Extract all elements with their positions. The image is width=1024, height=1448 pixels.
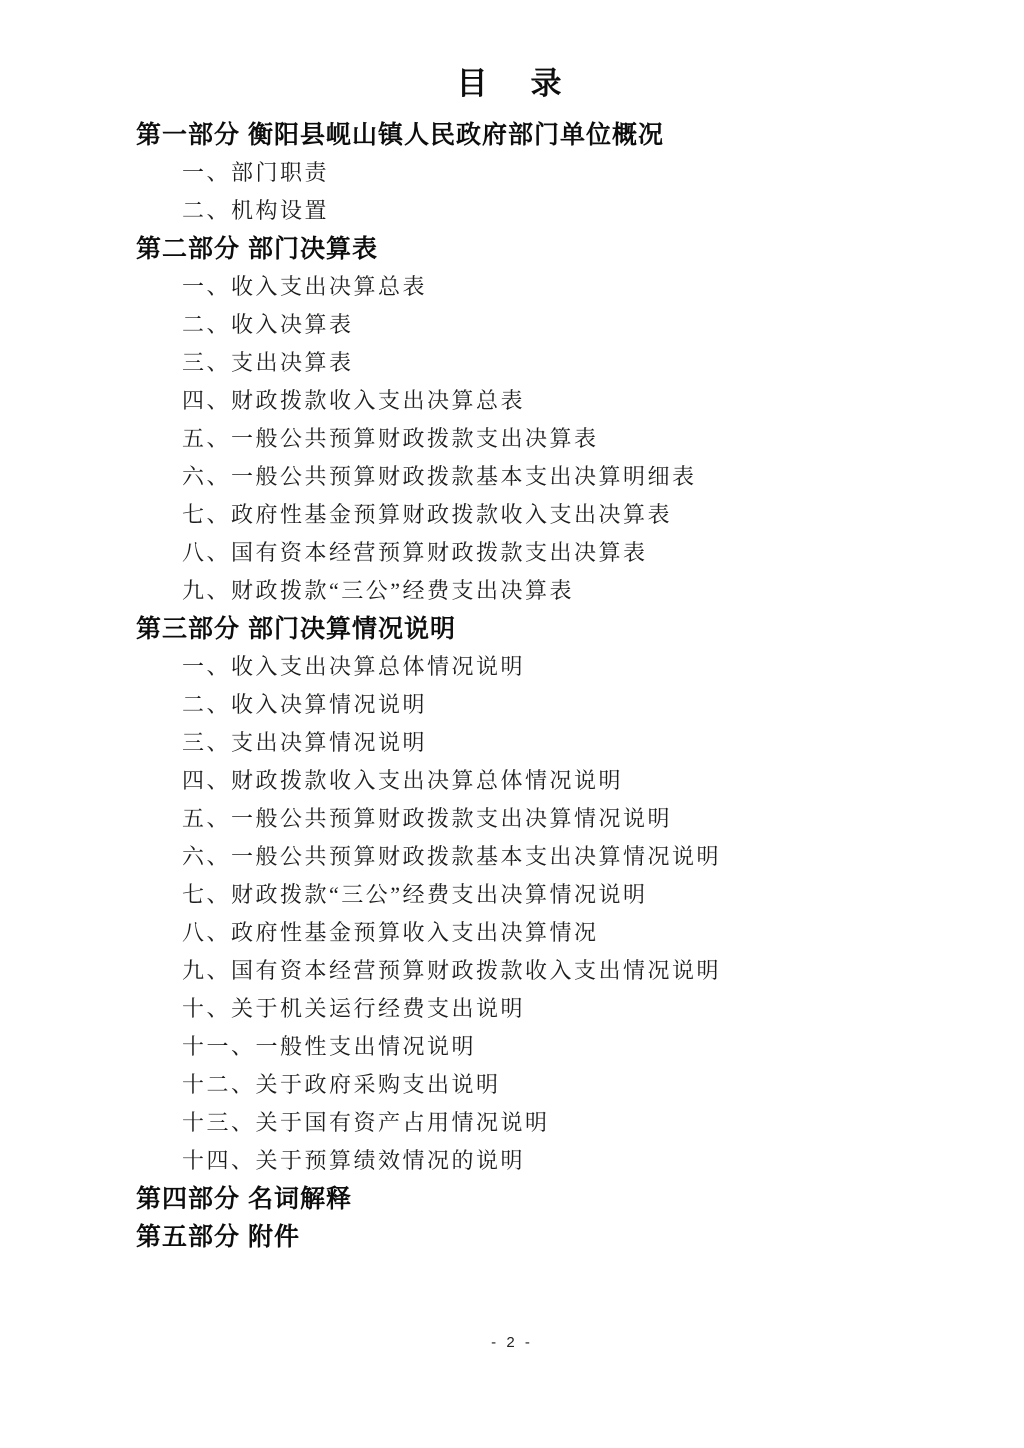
toc-item: 二、机构设置 xyxy=(136,192,964,230)
toc-item: 一、收入支出决算总表 xyxy=(136,268,964,306)
toc-item: 六、一般公共预算财政拨款基本支出决算明细表 xyxy=(136,458,964,496)
toc-item: 四、财政拨款收入支出决算总体情况说明 xyxy=(136,762,964,800)
toc-item: 七、财政拨款“三公”经费支出决算情况说明 xyxy=(136,876,964,914)
toc-item: 三、支出决算表 xyxy=(136,344,964,382)
toc-item: 六、一般公共预算财政拨款基本支出决算情况说明 xyxy=(136,838,964,876)
page-title: 目 录 xyxy=(0,0,1024,104)
toc-item: 七、政府性基金预算财政拨款收入支出决算表 xyxy=(136,496,964,534)
toc-item: 一、收入支出决算总体情况说明 xyxy=(136,648,964,686)
toc-section-heading-5: 第五部分 附件 xyxy=(136,1218,964,1256)
toc-item: 十三、关于国有资产占用情况说明 xyxy=(136,1104,964,1142)
page-number: - 2 - xyxy=(0,1334,1024,1351)
toc-item: 十四、关于预算绩效情况的说明 xyxy=(136,1142,964,1180)
toc-item: 十二、关于政府采购支出说明 xyxy=(136,1066,964,1104)
toc-item: 二、收入决算表 xyxy=(136,306,964,344)
toc-item: 九、财政拨款“三公”经费支出决算表 xyxy=(136,572,964,610)
toc-item: 十一、一般性支出情况说明 xyxy=(136,1028,964,1066)
toc-item: 九、国有资本经营预算财政拨款收入支出情况说明 xyxy=(136,952,964,990)
table-of-contents: 第一部分 衡阳县岘山镇人民政府部门单位概况 一、部门职责 二、机构设置 第二部分… xyxy=(0,116,1024,1256)
toc-section-heading-1: 第一部分 衡阳县岘山镇人民政府部门单位概况 xyxy=(136,116,964,154)
toc-section-heading-4: 第四部分 名词解释 xyxy=(136,1180,964,1218)
toc-item: 二、收入决算情况说明 xyxy=(136,686,964,724)
toc-item: 三、支出决算情况说明 xyxy=(136,724,964,762)
toc-section-heading-3: 第三部分 部门决算情况说明 xyxy=(136,610,964,648)
toc-section-heading-2: 第二部分 部门决算表 xyxy=(136,230,964,268)
toc-item: 八、政府性基金预算收入支出决算情况 xyxy=(136,914,964,952)
toc-item: 四、财政拨款收入支出决算总表 xyxy=(136,382,964,420)
toc-item: 八、国有资本经营预算财政拨款支出决算表 xyxy=(136,534,964,572)
toc-item: 五、一般公共预算财政拨款支出决算情况说明 xyxy=(136,800,964,838)
toc-item: 一、部门职责 xyxy=(136,154,964,192)
document-page: 目 录 第一部分 衡阳县岘山镇人民政府部门单位概况 一、部门职责 二、机构设置 … xyxy=(0,0,1024,1448)
toc-item: 十、关于机关运行经费支出说明 xyxy=(136,990,964,1028)
toc-item: 五、一般公共预算财政拨款支出决算表 xyxy=(136,420,964,458)
